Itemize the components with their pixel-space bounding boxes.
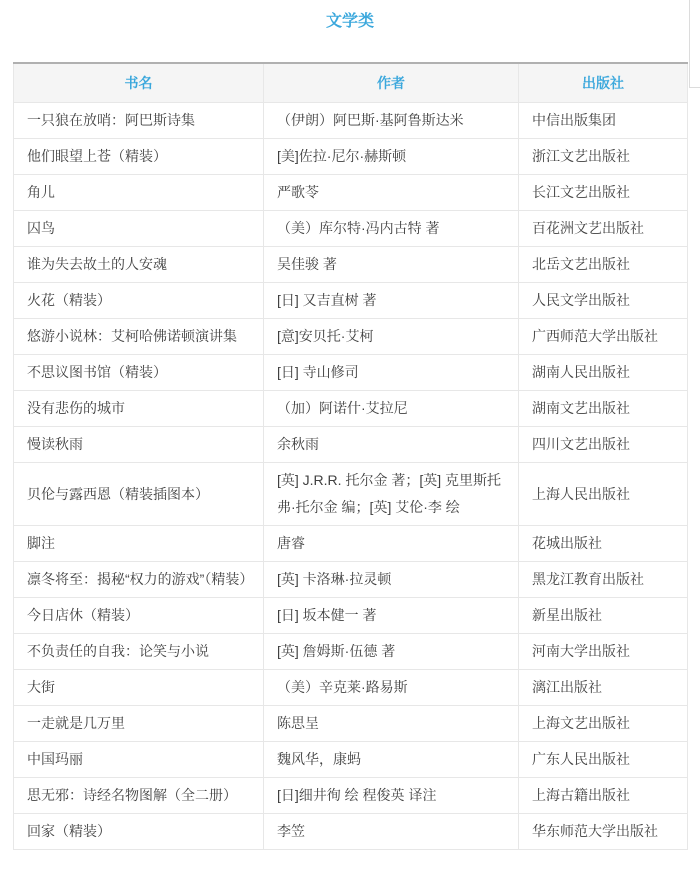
author-cell: 陈思呈 (264, 706, 519, 742)
publisher-cell: 北岳文艺出版社 (519, 247, 688, 283)
author-cell: （伊朗）阿巴斯·基阿鲁斯达米 (264, 103, 519, 139)
table-row: 不负责任的自我：论笑与小说[英] 詹姆斯·伍德 著河南大学出版社 (14, 634, 688, 670)
book-title-cell: 凛冬将至：揭秘“权力的游戏”（精装） (14, 562, 264, 598)
author-cell: [美]佐拉·尼尔·赫斯顿 (264, 139, 519, 175)
table-row: 悠游小说林：艾柯哈佛诺顿演讲集[意]安贝托·艾柯广西师范大学出版社 (14, 319, 688, 355)
publisher-cell: 上海古籍出版社 (519, 778, 688, 814)
book-title-cell: 贝伦与露西恩（精装插图本） (14, 463, 264, 526)
author-cell: [英] 詹姆斯·伍德 著 (264, 634, 519, 670)
book-table-header: 书名 作者 出版社 (14, 63, 688, 103)
author-cell: 李笠 (264, 814, 519, 850)
publisher-cell: 花城出版社 (519, 526, 688, 562)
publisher-cell: 黑龙江教育出版社 (519, 562, 688, 598)
book-title-cell: 慢读秋雨 (14, 427, 264, 463)
author-cell: [意]安贝托·艾柯 (264, 319, 519, 355)
book-title-cell: 今日店休（精装） (14, 598, 264, 634)
publisher-cell: 中信出版集团 (519, 103, 688, 139)
publisher-cell: 湖南文艺出版社 (519, 391, 688, 427)
author-cell: [英] J.R.R. 托尔金 著；[英] 克里斯托弗·托尔金 编；[英] 艾伦·… (264, 463, 519, 526)
book-title-cell: 脚注 (14, 526, 264, 562)
book-title-cell: 不思议图书馆（精装） (14, 355, 264, 391)
table-row: 一走就是几万里陈思呈上海文艺出版社 (14, 706, 688, 742)
book-table: 书名 作者 出版社 一只狼在放哨：阿巴斯诗集（伊朗）阿巴斯·基阿鲁斯达米中信出版… (13, 62, 688, 850)
publisher-cell: 四川文艺出版社 (519, 427, 688, 463)
book-title-cell: 思无邪：诗经名物图解（全二册） (14, 778, 264, 814)
author-cell: [日]细井徇 绘 程俊英 译注 (264, 778, 519, 814)
publisher-cell: 上海文艺出版社 (519, 706, 688, 742)
book-title-cell: 火花（精装） (14, 283, 264, 319)
publisher-cell: 人民文学出版社 (519, 283, 688, 319)
table-row: 囚鸟（美）库尔特·冯内古特 著百花洲文艺出版社 (14, 211, 688, 247)
table-row: 一只狼在放哨：阿巴斯诗集（伊朗）阿巴斯·基阿鲁斯达米中信出版集团 (14, 103, 688, 139)
book-title-cell: 角儿 (14, 175, 264, 211)
book-title-cell: 一只狼在放哨：阿巴斯诗集 (14, 103, 264, 139)
book-title-cell: 不负责任的自我：论笑与小说 (14, 634, 264, 670)
author-cell: [英] 卡洛琳·拉灵顿 (264, 562, 519, 598)
author-cell: 严歌苓 (264, 175, 519, 211)
column-header-book-title: 书名 (14, 63, 264, 103)
table-row: 回家（精装）李笠华东师范大学出版社 (14, 814, 688, 850)
book-title-cell: 没有悲伤的城市 (14, 391, 264, 427)
table-row: 他们眼望上苍（精装）[美]佐拉·尼尔·赫斯顿浙江文艺出版社 (14, 139, 688, 175)
column-header-author: 作者 (264, 63, 519, 103)
table-row: 慢读秋雨余秋雨四川文艺出版社 (14, 427, 688, 463)
book-title-cell: 大街 (14, 670, 264, 706)
book-title-cell: 他们眼望上苍（精装） (14, 139, 264, 175)
table-row: 不思议图书馆（精装）[日] 寺山修司湖南人民出版社 (14, 355, 688, 391)
author-cell: [日] 寺山修司 (264, 355, 519, 391)
table-row: 火花（精装）[日] 又吉直树 著人民文学出版社 (14, 283, 688, 319)
book-title-cell: 囚鸟 (14, 211, 264, 247)
publisher-cell: 漓江出版社 (519, 670, 688, 706)
column-header-publisher: 出版社 (519, 63, 688, 103)
author-cell: [日] 坂本健一 著 (264, 598, 519, 634)
author-cell: 余秋雨 (264, 427, 519, 463)
table-row: 角儿严歌苓长江文艺出版社 (14, 175, 688, 211)
publisher-cell: 新星出版社 (519, 598, 688, 634)
publisher-cell: 广西师范大学出版社 (519, 319, 688, 355)
publisher-cell: 百花洲文艺出版社 (519, 211, 688, 247)
book-title-cell: 悠游小说林：艾柯哈佛诺顿演讲集 (14, 319, 264, 355)
author-cell: （美）库尔特·冯内古特 著 (264, 211, 519, 247)
author-cell: （美）辛克莱·路易斯 (264, 670, 519, 706)
book-table-body: 一只狼在放哨：阿巴斯诗集（伊朗）阿巴斯·基阿鲁斯达米中信出版集团他们眼望上苍（精… (14, 103, 688, 850)
publisher-cell: 河南大学出版社 (519, 634, 688, 670)
author-cell: [日] 又吉直树 著 (264, 283, 519, 319)
table-row: 没有悲伤的城市（加）阿诺什·艾拉尼湖南文艺出版社 (14, 391, 688, 427)
table-row: 思无邪：诗经名物图解（全二册）[日]细井徇 绘 程俊英 译注上海古籍出版社 (14, 778, 688, 814)
table-row: 凛冬将至：揭秘“权力的游戏”（精装）[英] 卡洛琳·拉灵顿黑龙江教育出版社 (14, 562, 688, 598)
table-row: 贝伦与露西恩（精装插图本）[英] J.R.R. 托尔金 著；[英] 克里斯托弗·… (14, 463, 688, 526)
publisher-cell: 上海人民出版社 (519, 463, 688, 526)
book-title-cell: 谁为失去故土的人安魂 (14, 247, 264, 283)
publisher-cell: 湖南人民出版社 (519, 355, 688, 391)
table-row: 中国玛丽魏风华，康蚂广东人民出版社 (14, 742, 688, 778)
author-cell: 唐睿 (264, 526, 519, 562)
author-cell: 吴佳骏 著 (264, 247, 519, 283)
author-cell: （加）阿诺什·艾拉尼 (264, 391, 519, 427)
book-title-cell: 一走就是几万里 (14, 706, 264, 742)
book-title-cell: 回家（精装） (14, 814, 264, 850)
book-title-cell: 中国玛丽 (14, 742, 264, 778)
header-row: 书名 作者 出版社 (14, 63, 688, 103)
publisher-cell: 长江文艺出版社 (519, 175, 688, 211)
publisher-cell: 广东人民出版社 (519, 742, 688, 778)
table-row: 谁为失去故土的人安魂吴佳骏 著北岳文艺出版社 (14, 247, 688, 283)
adjacent-panel-edge (689, 0, 700, 88)
table-row: 脚注唐睿花城出版社 (14, 526, 688, 562)
table-row: 大街（美）辛克莱·路易斯漓江出版社 (14, 670, 688, 706)
page-title: 文学类 (0, 12, 700, 32)
publisher-cell: 浙江文艺出版社 (519, 139, 688, 175)
table-row: 今日店休（精装）[日] 坂本健一 著新星出版社 (14, 598, 688, 634)
author-cell: 魏风华，康蚂 (264, 742, 519, 778)
publisher-cell: 华东师范大学出版社 (519, 814, 688, 850)
